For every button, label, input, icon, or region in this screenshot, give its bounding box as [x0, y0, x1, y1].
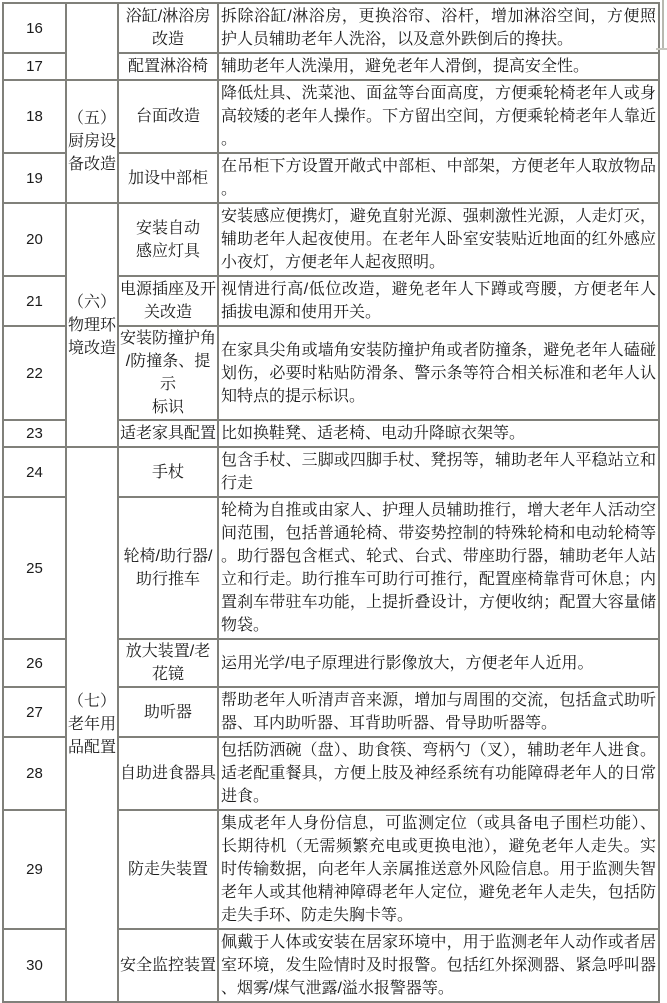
item-name-cell: 手杖 — [118, 447, 218, 497]
description-cell: 视情进行高/低位改造，避免老年人下蹲或弯腰，方便老年人插拔电源和使用开关。 — [218, 276, 659, 326]
item-name-cell: 安全监控装置 — [118, 929, 218, 1002]
item-name-cell: 自助进食器具 — [118, 737, 218, 810]
row-number-cell: 24 — [3, 447, 66, 497]
row-number-cell: 20 — [3, 203, 66, 276]
description-cell: 佩戴于人体或安装在居家环境中，用于监测老年人动作或者居室环境，发生险情时及时报警… — [218, 929, 659, 1002]
item-name-cell: 加设中部柜 — [118, 153, 218, 203]
row-number-cell: 27 — [3, 687, 66, 737]
scrollbar-fragment — [662, 0, 664, 48]
description-cell: 运用光学/电子原理进行影像放大，方便老年人近用。 — [218, 639, 659, 687]
row-number-cell: 25 — [3, 497, 66, 639]
row-number-cell: 18 — [3, 80, 66, 153]
description-cell: 轮椅为自推或由家人、护理人员辅助推行，增大老年人活动空间范围，包括普通轮椅、带姿… — [218, 497, 659, 639]
row-number-cell: 19 — [3, 153, 66, 203]
description-cell: 集成老年人身份信息，可监测定位（或具备电子围栏功能）、长期待机（无需频繁充电或更… — [218, 810, 659, 929]
row-number-cell: 22 — [3, 326, 66, 420]
item-name-cell: 适老家具配置 — [118, 420, 218, 447]
row-number-cell: 30 — [3, 929, 66, 1002]
row-number-cell: 23 — [3, 420, 66, 447]
document-viewport: 16 浴缸/淋浴房 改造 拆除浴缸/淋浴房，更换浴帘、浴杆，增加淋浴空间，方便照… — [0, 0, 667, 1003]
item-name-cell: 防走失装置 — [118, 810, 218, 929]
item-name-cell: 助听器 — [118, 687, 218, 737]
item-name-cell: 安装自动 感应灯具 — [118, 203, 218, 276]
category-cell-physical-environment: （六）物理环境改造 — [66, 203, 118, 447]
table-row: 20 （六）物理环境改造 安装自动 感应灯具 安装感应便携灯，避免直射光源、强刺… — [3, 203, 659, 276]
item-name-cell: 放大装置/老 花镜 — [118, 639, 218, 687]
row-number-cell: 28 — [3, 737, 66, 810]
table-row: 24 （七）老年用品配置 手杖 包含手杖、三脚或四脚手杖、凳拐等，辅助老年人平稳… — [3, 447, 659, 497]
item-name-cell: 浴缸/淋浴房 改造 — [118, 3, 218, 53]
elderly-renovation-items-table: 16 浴缸/淋浴房 改造 拆除浴缸/淋浴房，更换浴帘、浴杆，增加淋浴空间，方便照… — [2, 2, 660, 1003]
item-name-cell: 安装防撞护角 /防撞条、提示 标识 — [118, 326, 218, 420]
table-row: 16 浴缸/淋浴房 改造 拆除浴缸/淋浴房，更换浴帘、浴杆，增加淋浴空间，方便照… — [3, 3, 659, 53]
description-cell: 比如换鞋凳、适老椅、电动升降晾衣架等。 — [218, 420, 659, 447]
row-number-cell: 21 — [3, 276, 66, 326]
row-number-cell: 26 — [3, 639, 66, 687]
description-cell: 拆除浴缸/淋浴房，更换浴帘、浴杆，增加淋浴空间，方便照护人员辅助老年人洗浴，以及… — [218, 3, 659, 53]
description-cell: 包括防洒碗（盘）、助食筷、弯柄勺（叉），辅助老年人进食。适老配重餐具，方便上肢及… — [218, 737, 659, 810]
description-cell: 在家具尖角或墙角安装防撞护角或者防撞条，避免老年人磕碰划伤，必要时粘贴防滑条、警… — [218, 326, 659, 420]
category-cell-kitchen: （五）厨房设备改造 — [66, 80, 118, 203]
category-cell-elderly-products: （七）老年用品配置 — [66, 447, 118, 1002]
description-cell: 降低灶具、洗菜池、面盆等台面高度，方便乘轮椅老年人或身高较矮的老年人操作。下方留… — [218, 80, 659, 153]
table-row: 18 （五）厨房设备改造 台面改造 降低灶具、洗菜池、面盆等台面高度，方便乘轮椅… — [3, 80, 659, 153]
description-cell: 帮助老年人听清声音来源，增加与周围的交流，包括盒式助听器、耳内助听器、耳背助听器… — [218, 687, 659, 737]
row-number-cell: 29 — [3, 810, 66, 929]
description-cell: 包含手杖、三脚或四脚手杖、凳拐等，辅助老年人平稳站立和行走 — [218, 447, 659, 497]
item-name-cell: 配置淋浴椅 — [118, 53, 218, 80]
description-cell: 辅助老年人洗澡用，避免老年人滑倒，提高安全性。 — [218, 53, 659, 80]
description-cell: 在吊柜下方设置开敞式中部柜、中部架，方便老年人取放物品。 — [218, 153, 659, 203]
row-number-cell: 16 — [3, 3, 66, 53]
item-name-cell: 电源插座及开 关改造 — [118, 276, 218, 326]
row-number-cell: 17 — [3, 53, 66, 80]
item-name-cell: 轮椅/助行器/ 助行推车 — [118, 497, 218, 639]
item-name-cell: 台面改造 — [118, 80, 218, 153]
page: { "colors": { "border": "#80807a", "text… — [0, 0, 667, 1003]
category-cell-continued — [66, 3, 118, 80]
description-cell: 安装感应便携灯，避免直射光源、强刺激性光源，人走灯灭，辅助老年人起夜使用。在老年… — [218, 203, 659, 276]
